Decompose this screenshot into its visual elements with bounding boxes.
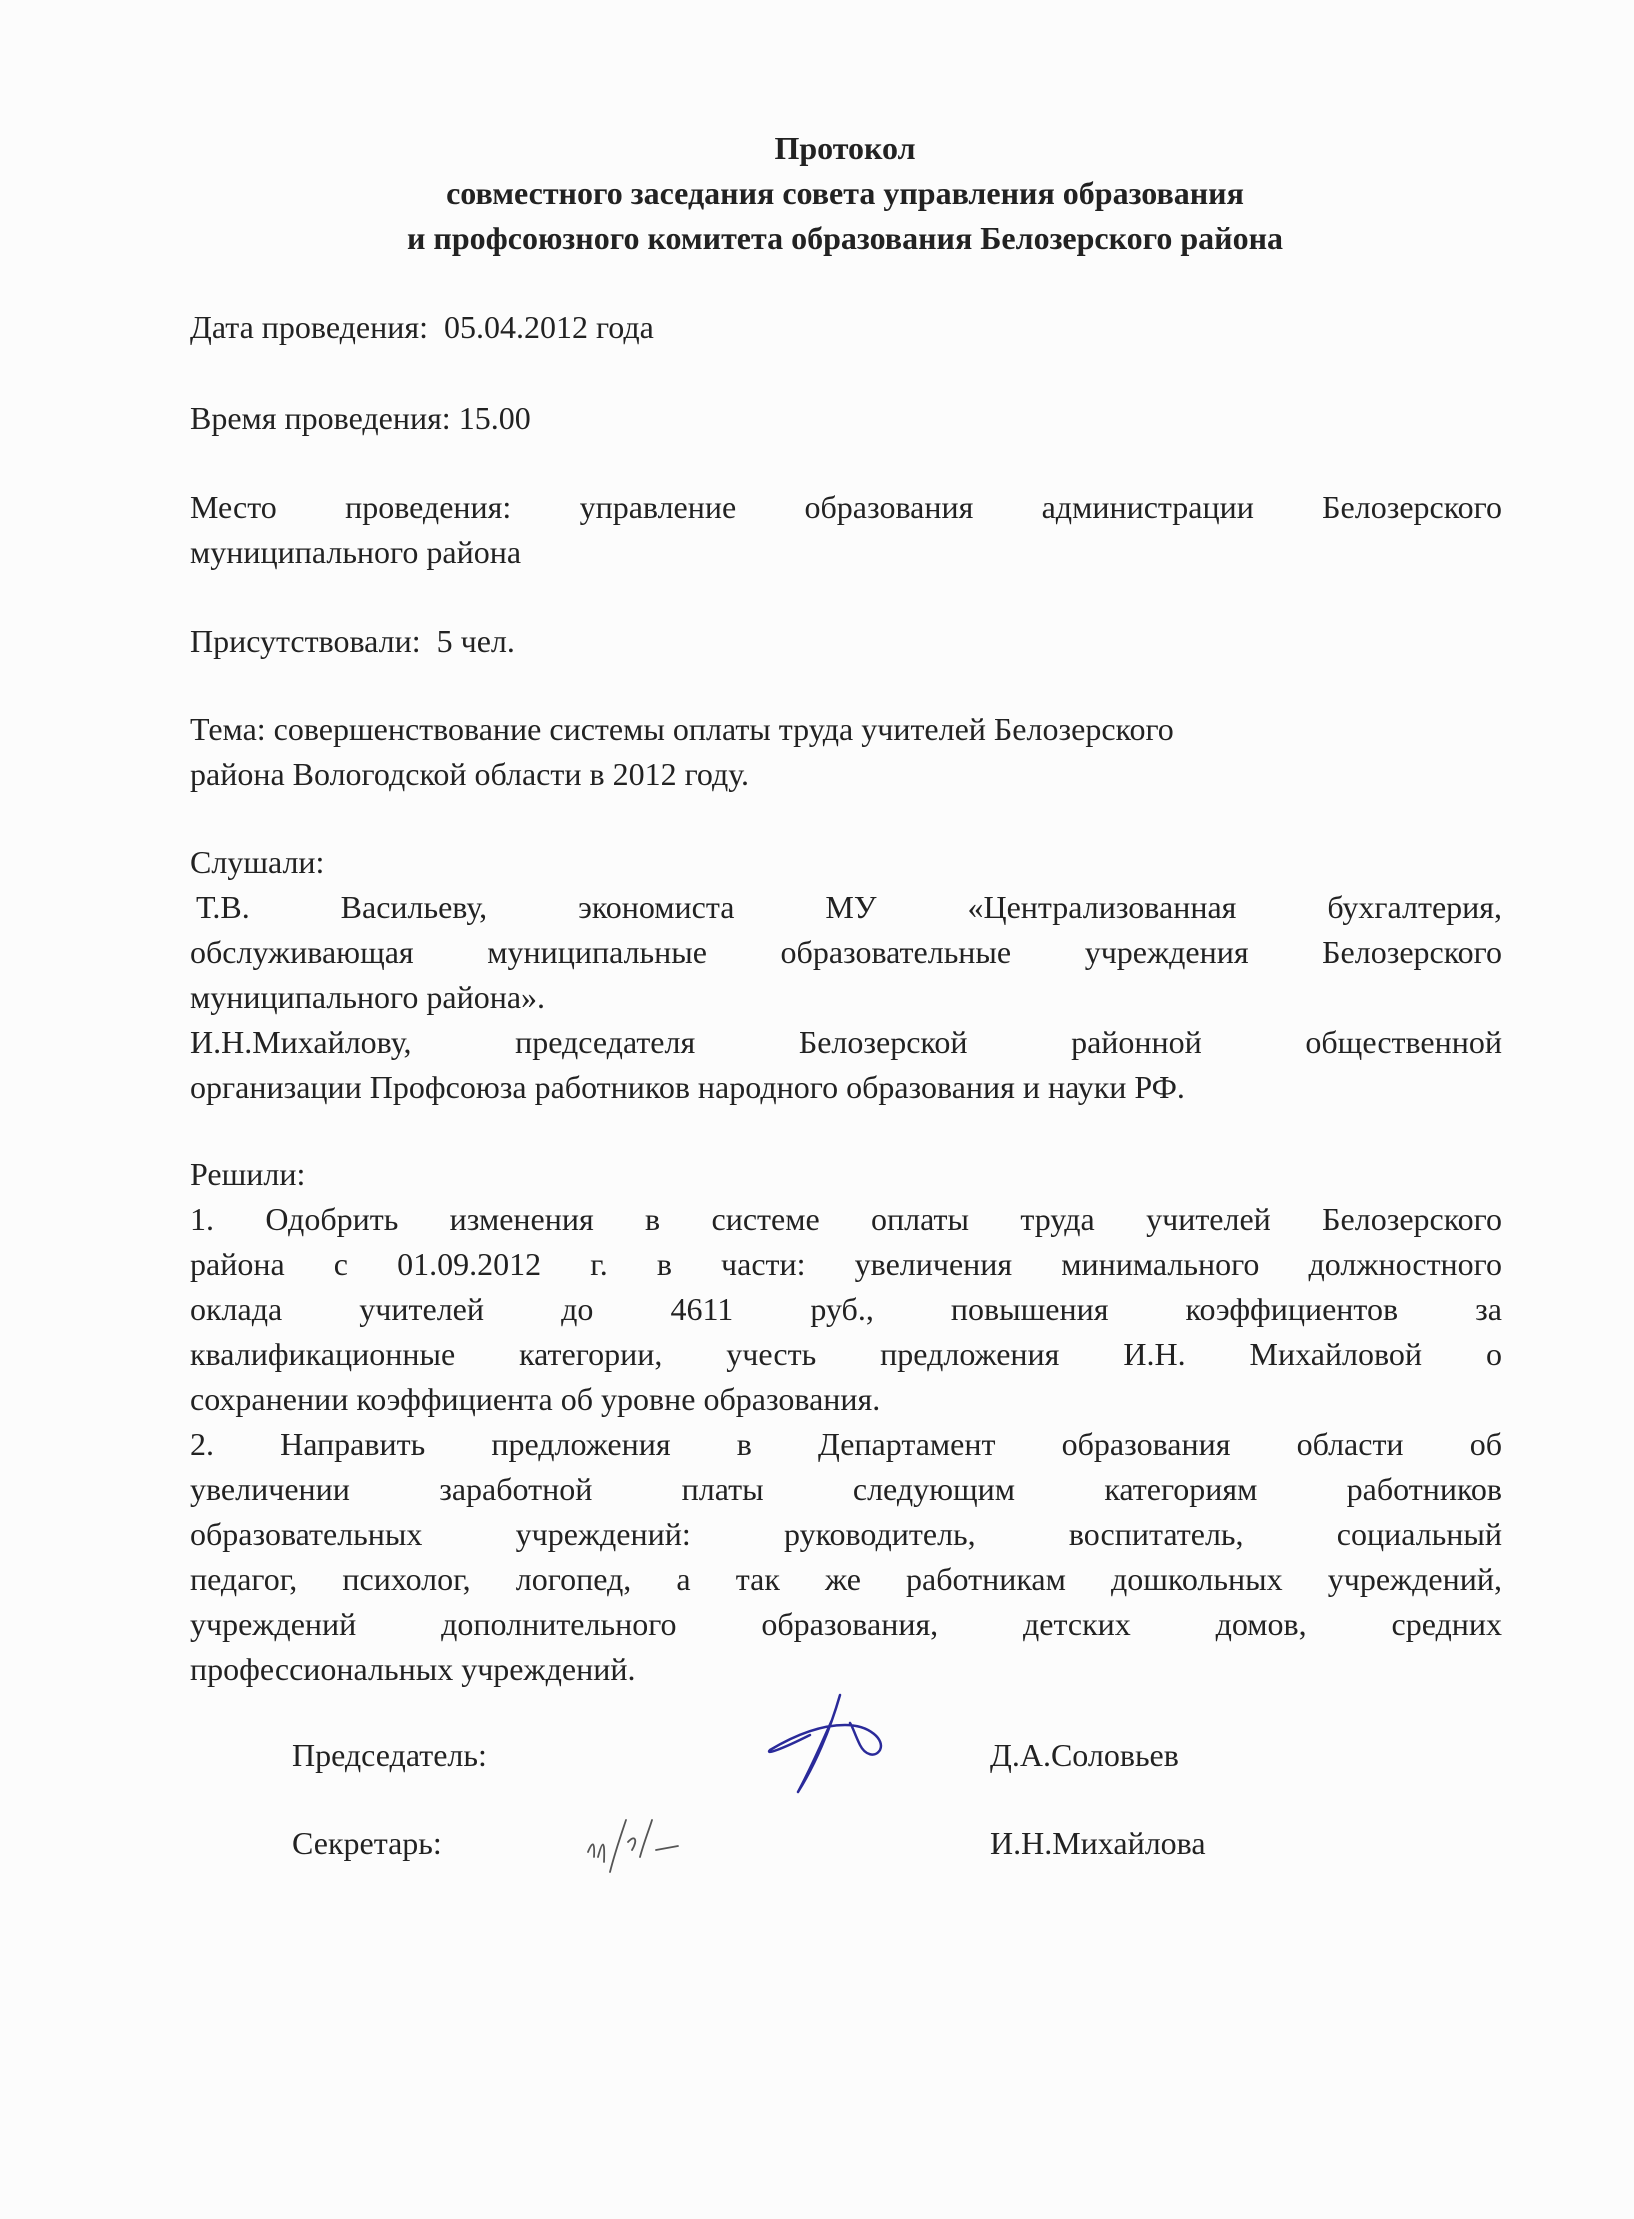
meeting-topic: Тема: совершенствование системы оплаты т… bbox=[190, 707, 1502, 797]
heard-heading: Слушали: bbox=[190, 840, 1502, 885]
chair-label: Председатель: bbox=[292, 1733, 487, 1778]
meeting-date: Дата проведения: 05.04.2012 года bbox=[190, 305, 1502, 350]
heard-section: Слушали: Т.В. Васильеву, экономиста МУ «… bbox=[190, 840, 1502, 1110]
meeting-place-line-1: Место проведения: управление образования… bbox=[190, 485, 1502, 530]
decided-line: педагог, психолог, логопед, а так же раб… bbox=[190, 1557, 1502, 1602]
decided-line: сохранении коэффициента об уровне образо… bbox=[190, 1377, 1502, 1422]
meeting-date-text: Дата проведения: 05.04.2012 года bbox=[190, 305, 1502, 350]
attendance-text: Присутствовали: 5 чел. bbox=[190, 619, 1502, 664]
chair-name: Д.А.Соловьев bbox=[990, 1733, 1179, 1778]
decided-line: квалификационные категории, учесть предл… bbox=[190, 1332, 1502, 1377]
decided-line: 2. Направить предложения в Департамент о… bbox=[190, 1422, 1502, 1467]
meeting-time: Время проведения: 15.00 bbox=[190, 396, 1502, 441]
title-line-3: и профсоюзного комитета образования Бело… bbox=[190, 216, 1500, 261]
decided-heading: Решили: bbox=[190, 1152, 1502, 1197]
decided-line: образовательных учреждений: руководитель… bbox=[190, 1512, 1502, 1557]
meeting-time-text: Время проведения: 15.00 bbox=[190, 396, 1502, 441]
topic-line-2: района Вологодской области в 2012 году. bbox=[190, 752, 1502, 797]
document-title: Протокол совместного заседания совета уп… bbox=[190, 126, 1500, 261]
decided-line: увеличении заработной платы следующим ка… bbox=[190, 1467, 1502, 1512]
decided-line: района с 01.09.2012 г. в части: увеличен… bbox=[190, 1242, 1502, 1287]
heard-line: муниципального района». bbox=[190, 975, 1502, 1020]
chair-signature-icon bbox=[760, 1690, 900, 1800]
secretary-label: Секретарь: bbox=[292, 1821, 442, 1866]
meeting-place: Место проведения: управление образования… bbox=[190, 485, 1502, 575]
heard-line: И.Н.Михайлову, председателя Белозерской … bbox=[190, 1020, 1502, 1065]
heard-line: обслуживающая муниципальные образователь… bbox=[190, 930, 1502, 975]
decided-line: профессиональных учреждений. bbox=[190, 1647, 1502, 1692]
attendance: Присутствовали: 5 чел. bbox=[190, 619, 1502, 664]
decided-line: учреждений дополнительного образования, … bbox=[190, 1602, 1502, 1647]
secretary-signature-icon bbox=[580, 1812, 690, 1882]
heard-line: организации Профсоюза работников народно… bbox=[190, 1065, 1502, 1110]
meeting-place-line-2: муниципального района bbox=[190, 530, 1502, 575]
decided-line: 1. Одобрить изменения в системе оплаты т… bbox=[190, 1197, 1502, 1242]
decided-line: оклада учителей до 4611 руб., повышения … bbox=[190, 1287, 1502, 1332]
decided-section: Решили: 1. Одобрить изменения в системе … bbox=[190, 1152, 1502, 1692]
secretary-name: И.Н.Михайлова bbox=[990, 1821, 1206, 1866]
heard-line: Т.В. Васильеву, экономиста МУ «Централиз… bbox=[190, 885, 1502, 930]
document-page: Протокол совместного заседания совета уп… bbox=[0, 0, 1634, 2219]
title-line-2: совместного заседания совета управления … bbox=[190, 171, 1500, 216]
topic-line-1: Тема: совершенствование системы оплаты т… bbox=[190, 707, 1502, 752]
title-line-1: Протокол bbox=[190, 126, 1500, 171]
